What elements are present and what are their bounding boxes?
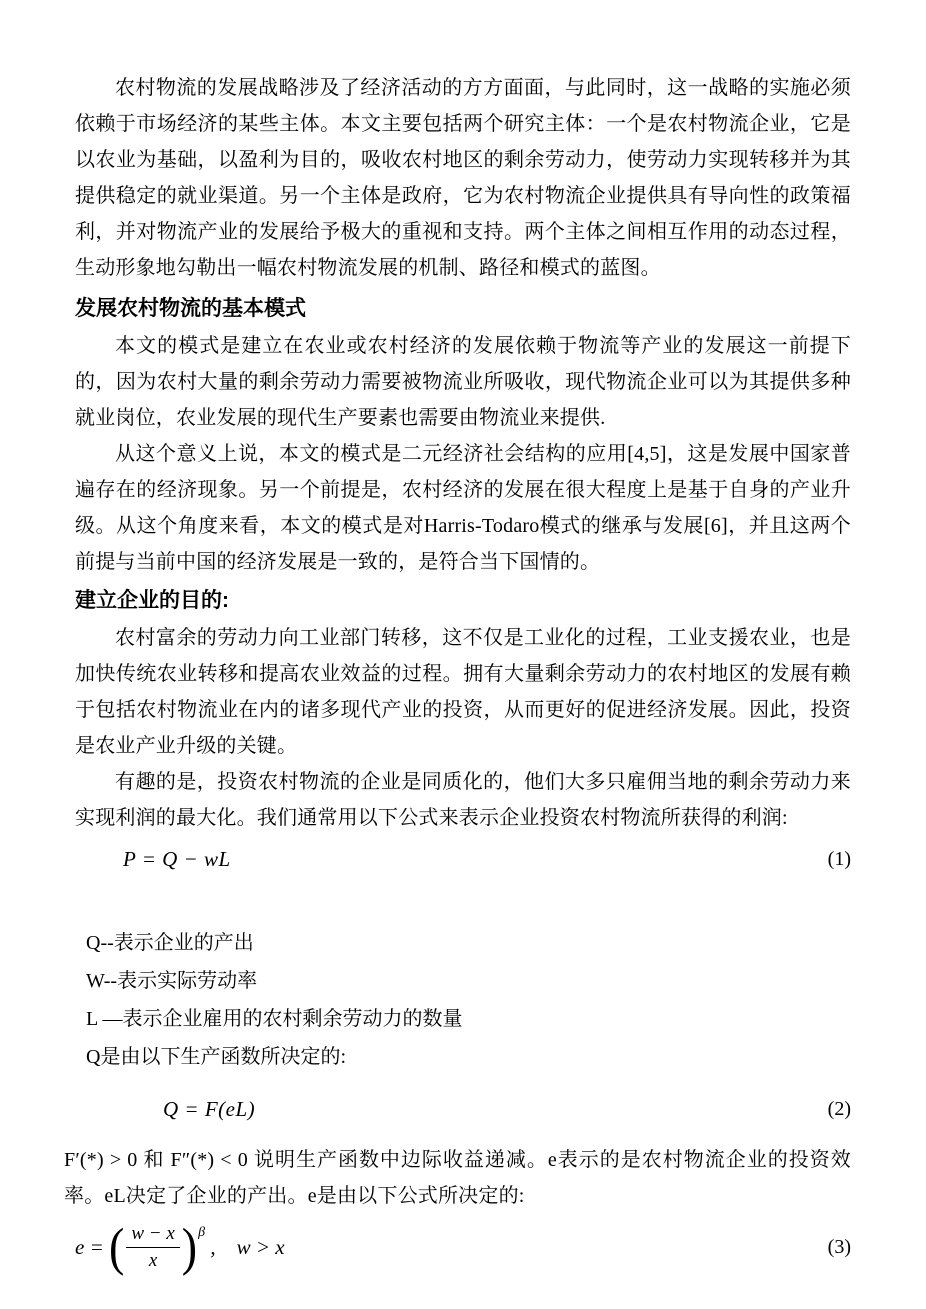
heading-enterprise-purpose: 建立企业的目的:: [75, 582, 851, 620]
heading-basic-model: 发展农村物流的基本模式: [75, 290, 851, 328]
paragraph-production-function: F′(*) > 0 和 F″(*) < 0 说明生产函数中边际收益递减。e表示的…: [64, 1142, 851, 1214]
equation-1: P = Q − wL (1): [75, 842, 851, 876]
right-paren: ): [182, 1221, 197, 1274]
variable-definitions: Q--表示企业的产出 W--表示实际劳动率 L —表示企业雇用的农村剩余劳动力的…: [75, 924, 851, 1076]
paragraph-dual-economy: 从这个意义上说，本文的模式是二元经济社会结构的应用[4,5]，这是发展中国家普遍…: [75, 436, 851, 580]
left-paren: (: [109, 1221, 124, 1274]
paragraph-model-premise: 本文的模式是建立在农业或农村经济的发展依赖于物流等产业的发展这一前提下的，因为农…: [75, 328, 851, 436]
equation-3-lhs: e =: [75, 1230, 109, 1264]
definition-w: W--表示实际劳动率: [86, 962, 851, 1000]
definition-q: Q--表示企业的产出: [86, 924, 851, 962]
equation-2: Q = F(eL) (2): [75, 1092, 851, 1126]
equation-3-number: (3): [828, 1230, 851, 1264]
equation-3-formula: e = ( w − x x ) β , w > x: [75, 1222, 285, 1273]
fraction-exponent: β: [198, 1216, 205, 1250]
equation-1-formula: P = Q − wL: [123, 842, 231, 876]
paragraph-labor-transfer: 农村富余的劳动力向工业部门转移，这不仅是工业化的过程，工业支援农业，也是加快传统…: [75, 620, 851, 764]
fraction: w − x x: [126, 1222, 179, 1273]
definition-l: L —表示企业雇用的农村剩余劳动力的数量: [86, 1000, 851, 1038]
equation-3-condition: , w > x: [205, 1230, 285, 1264]
document-page: 农村物流的发展战略涉及了经济活动的方方面面，与此同时，这一战略的实施必须依赖于市…: [0, 0, 926, 1309]
definition-q-function-intro: Q是由以下生产函数所决定的:: [86, 1038, 851, 1076]
equation-1-number: (1): [828, 842, 851, 876]
fraction-numerator: w − x: [126, 1222, 179, 1248]
equation-3: e = ( w − x x ) β , w > x (3): [75, 1216, 851, 1278]
equation-2-number: (2): [828, 1092, 851, 1126]
equation-2-formula: Q = F(eL): [163, 1092, 255, 1126]
paragraph-profit-intro: 有趣的是，投资农村物流的企业是同质化的，他们大多只雇佣当地的剩余劳动力来实现利润…: [75, 764, 851, 836]
fraction-denominator: x: [149, 1248, 157, 1273]
paragraph-intro: 农村物流的发展战略涉及了经济活动的方方面面，与此同时，这一战略的实施必须依赖于市…: [75, 70, 851, 286]
